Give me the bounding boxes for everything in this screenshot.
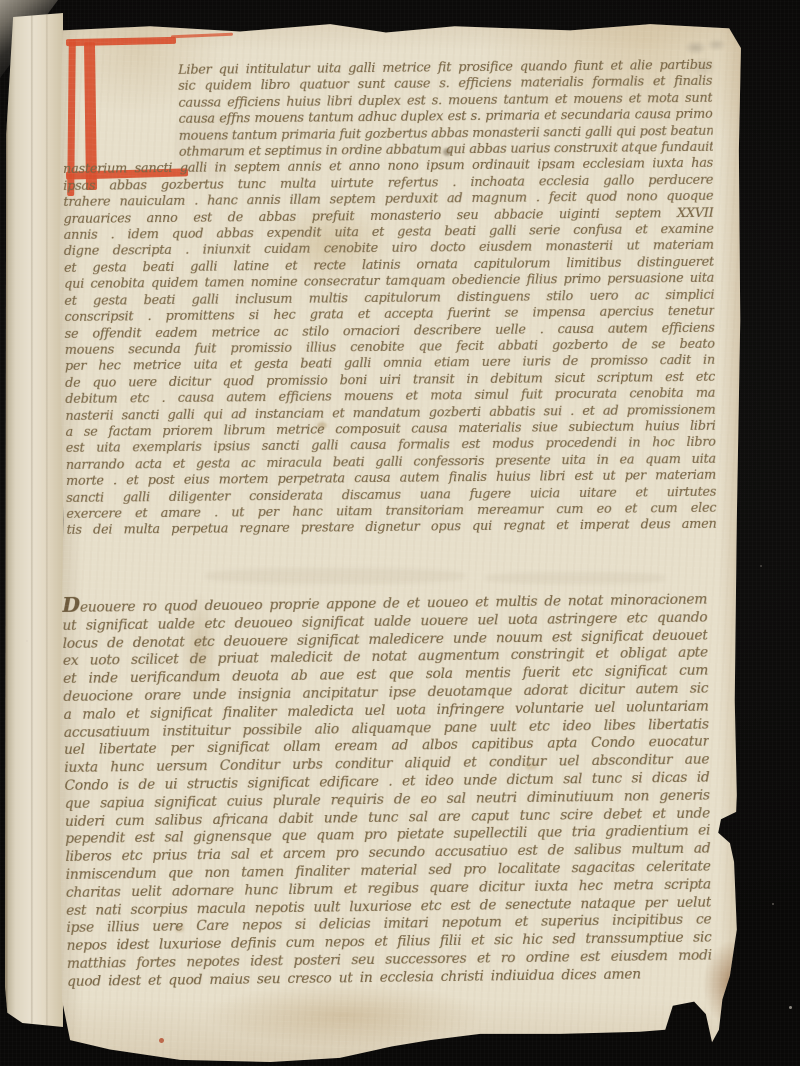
dust-speck (26, 640, 28, 642)
show-through-ghost (485, 572, 665, 584)
rubric-stroke (66, 37, 176, 46)
red-ink-dot (159, 1038, 164, 1043)
dust-speck (772, 903, 774, 905)
paragraph-accessus-vita-galli: Liber qui intitulatur uita galli metrice… (62, 58, 717, 540)
rubric-stroke (171, 33, 233, 39)
show-through-ghost (205, 568, 465, 584)
paragraph-glossary-devoveo: Deuouere ro quod deuoueo proprie appone … (62, 589, 712, 992)
underlying-page-edges (5, 13, 63, 1027)
manuscript-page: Liber qui intitulatur uita galli metrice… (55, 20, 743, 1062)
manuscript-photo: Liber qui intitulatur uita galli metrice… (0, 0, 800, 1066)
dust-speck (789, 1006, 792, 1009)
dust-speck (760, 565, 762, 567)
